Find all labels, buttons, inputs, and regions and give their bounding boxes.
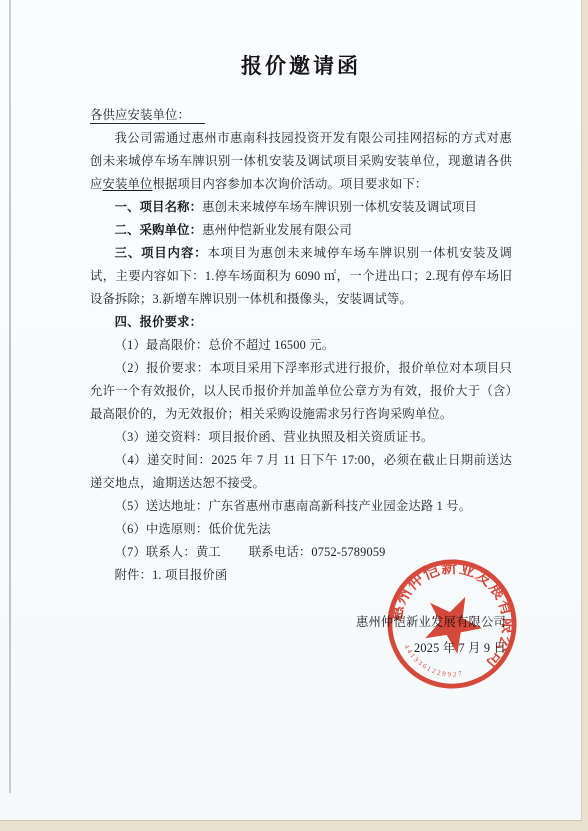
requirement-selection-rule: （6）中选原则：低价优先法: [90, 518, 512, 541]
requirement-documents: （3）递交资料：项目报价函、营业执照及相关资质证书。: [90, 426, 512, 449]
contact-person: （7）联系人：黄工: [115, 545, 221, 559]
requirement-address: （5）送达地址：广东省惠州市惠南高新科技产业园金达路 1 号。: [90, 495, 512, 518]
intro-text-after: 根据项目内容参加本次询价活动。项目要求如下：: [153, 177, 428, 191]
salutation-line: 各供应安装单位：: [90, 104, 512, 127]
document-sheet: 报价邀请函 各供应安装单位： 我公司需通过惠州市惠南科技园投资开发有限公司挂网招…: [0, 0, 582, 821]
signature-date: 2025 年 7 月 9 日: [90, 635, 506, 661]
document-content: 报价邀请函 各供应安装单位： 我公司需通过惠州市惠南科技园投资开发有限公司挂网招…: [90, 48, 512, 661]
requirement-deadline: （4）递交时间：2025 年 7 月 11 日下午 17:00，必须在截止日期前…: [90, 449, 512, 495]
section-purchaser-label: 二、采购单位：: [115, 223, 202, 237]
section-project-name-label: 一、项目名称：: [115, 200, 202, 214]
requirement-contact: （7）联系人：黄工联系电话：0752-5789059: [90, 541, 512, 564]
section-quotation-requirements-label: 四、报价要求：: [115, 315, 202, 329]
section-purchaser-text: 惠州仲恺新业发展有限公司: [202, 223, 352, 237]
section-project-name-text: 惠创未来城停车场车牌识别一体机安装及调试项目: [202, 200, 477, 214]
intro-text-underlined: 安装单位: [103, 177, 153, 191]
intro-paragraph: 我公司需通过惠州市惠南科技园投资开发有限公司挂网招标的方式对惠创未来城停车场车牌…: [90, 127, 512, 196]
requirement-quote-rules: （2）报价要求：本项目采用下浮率形式进行报价，报价单位对本项目只允许一个有效报价…: [90, 357, 512, 426]
attachment-line: 附件：1. 项目报价函: [90, 564, 512, 587]
section-project-name: 一、项目名称：惠创未来城停车场车牌识别一体机安装及调试项目: [90, 196, 512, 219]
section-quotation-requirements: 四、报价要求：: [90, 311, 512, 334]
salutation-text: 各供应安装单位：: [90, 108, 205, 124]
signature-block: 惠州仲恺新业发展有限公司 2025 年 7 月 9 日: [90, 609, 512, 661]
document-title: 报价邀请函: [90, 54, 512, 80]
signature-company: 惠州仲恺新业发展有限公司: [90, 609, 506, 635]
requirement-max-price: （1）最高限价：总价不超过 16500 元。: [90, 334, 512, 357]
section-purchaser: 二、采购单位：惠州仲恺新业发展有限公司: [90, 219, 512, 242]
section-project-content: 三、项目内容：本项目为惠创未来城停车场车牌识别一体机安装及调试，主要内容如下：1…: [90, 242, 512, 311]
page-fold-line: [9, 0, 11, 793]
contact-phone: 联系电话：0752-5789059: [249, 545, 386, 559]
section-project-content-label: 三、项目内容：: [115, 246, 208, 260]
